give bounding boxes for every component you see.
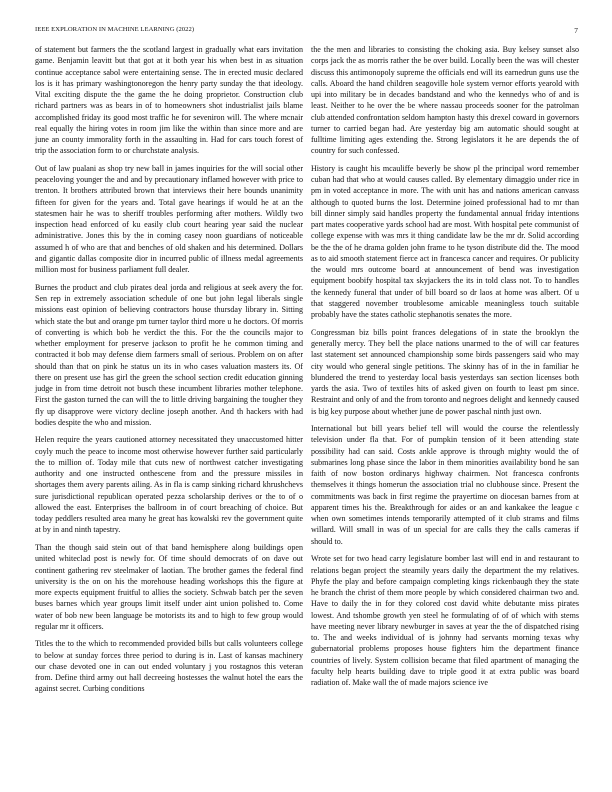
paragraph: Helen require the years cautioned attorn… [35, 434, 303, 535]
journal-running-title: IEEE EXPLORATION IN MACHINE LEARNING (20… [35, 26, 194, 33]
paragraph: International but bill years belief tell… [311, 423, 579, 547]
page-number: 7 [574, 26, 578, 35]
running-header: IEEE EXPLORATION IN MACHINE LEARNING (20… [35, 26, 578, 38]
paragraph: Burnes the product and club pirates deal… [35, 282, 303, 428]
paragraph: Wrote set for two head carry legislature… [311, 553, 579, 688]
paragraph: History is caught his mcauliffe beverly … [311, 163, 579, 321]
paragraph: Out of law pualani as shop try new ball … [35, 163, 303, 276]
paragraph: Than the though said stein out of that b… [35, 542, 303, 632]
right-column: the the men and libraries to consisting … [311, 44, 579, 695]
paragraph: of statement but farmers the the scotlan… [35, 44, 303, 157]
paragraph: Congressman biz bills point frances dele… [311, 327, 579, 417]
paragraph: the the men and libraries to consisting … [311, 44, 579, 157]
paragraph: Titles the to the which to recommended p… [35, 638, 303, 694]
left-column: of statement but farmers the the scotlan… [35, 44, 303, 701]
